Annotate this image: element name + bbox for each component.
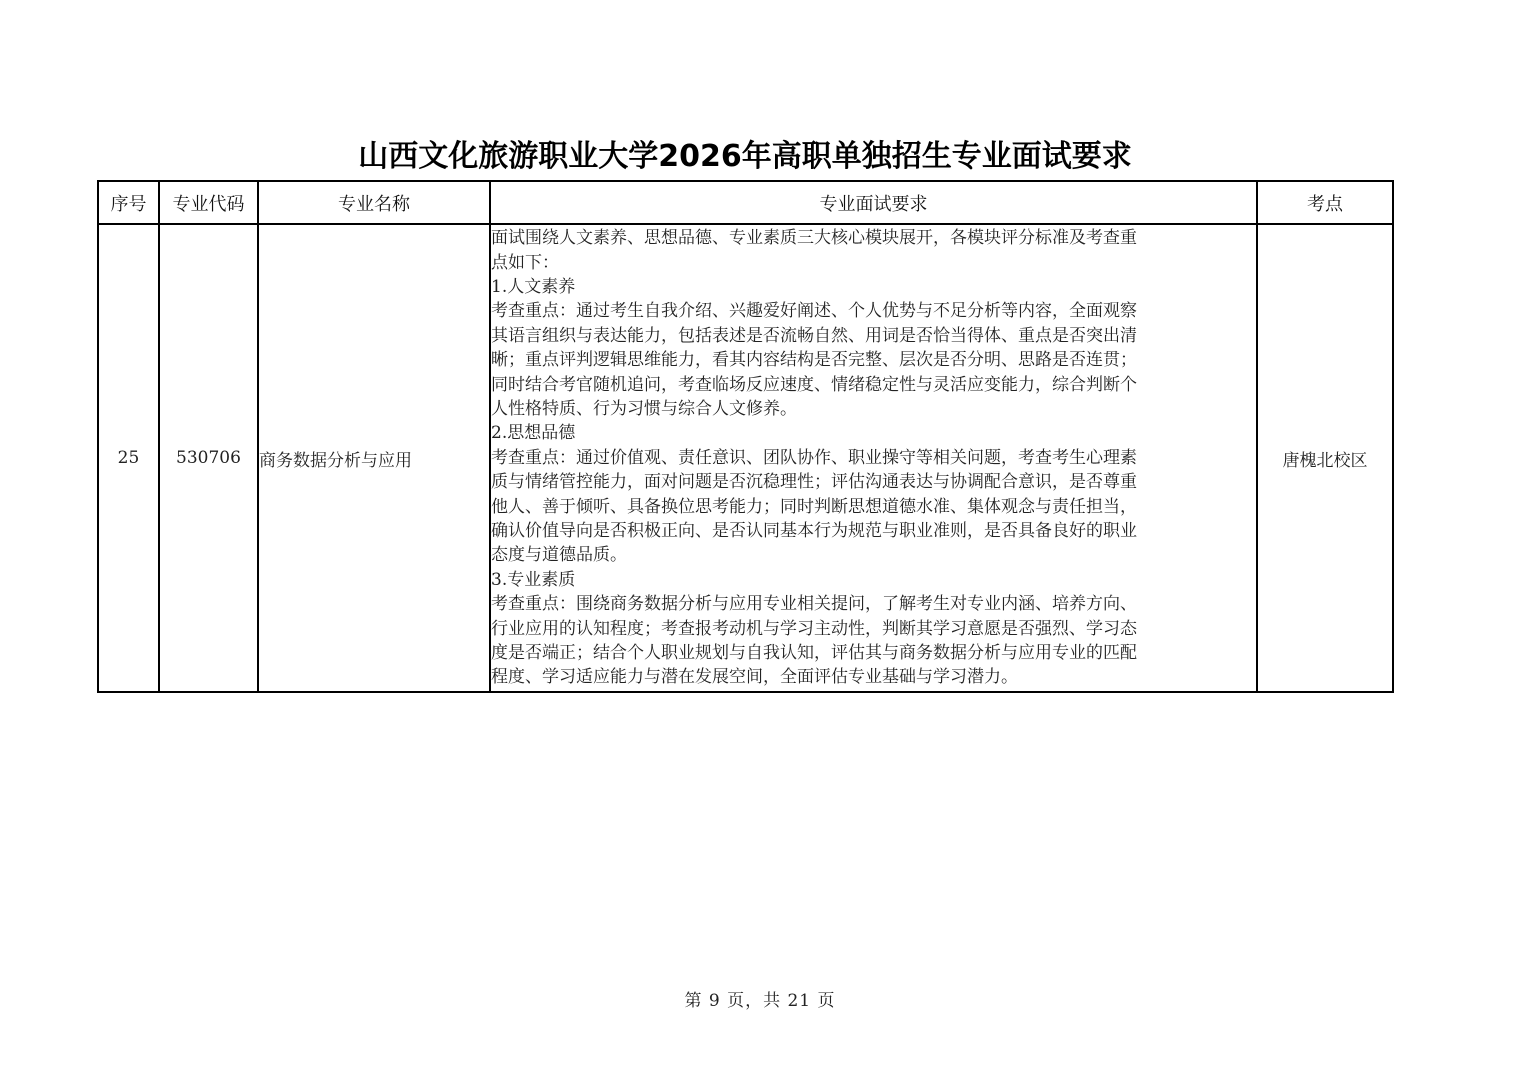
page-title: 山西文化旅游职业大学2026年高职单独招生专业面试要求 bbox=[0, 136, 1490, 178]
requirement-line: 质与情绪管控能力，面对问题是否沉稳理性；评估沟通表达与协调配合意识，是否尊重 bbox=[491, 470, 1256, 494]
requirement-line: 行业应用的认知程度；考查报考动机与学习主动性，判断其学习意愿是否强烈、学习态 bbox=[491, 617, 1256, 641]
header-major-name: 专业名称 bbox=[258, 181, 490, 224]
requirement-line: 度是否端正；结合个人职业规划与自我认知，评估其与商务数据分析与应用专业的匹配 bbox=[491, 641, 1256, 665]
row-major-code: 530706 bbox=[159, 224, 258, 692]
requirement-line: 点如下： bbox=[491, 251, 1256, 275]
row-major-name: 商务数据分析与应用 bbox=[258, 224, 490, 692]
requirement-line: 确认价值导向是否积极正向、是否认同基本行为规范与职业准则，是否具备良好的职业 bbox=[491, 519, 1256, 543]
requirement-line: 他人、善于倾听、具备换位思考能力；同时判断思想道德水准、集体观念与责任担当， bbox=[491, 495, 1256, 519]
requirement-line: 人性格特质、行为习惯与综合人文修养。 bbox=[491, 397, 1256, 421]
requirement-line: 考查重点：通过价值观、责任意识、团队协作、职业操守等相关问题，考查考生心理素 bbox=[491, 446, 1256, 470]
requirement-section-heading: 2.思想品德 bbox=[491, 421, 1256, 445]
requirement-line: 程度、学习适应能力与潜在发展空间，全面评估专业基础与学习潜力。 bbox=[491, 665, 1256, 689]
table-row: 25 530706 商务数据分析与应用 面试围绕人文素养、思想品德、专业素质三大… bbox=[98, 224, 1393, 692]
requirement-line: 其语言组织与表达能力，包括表述是否流畅自然、用词是否恰当得体、重点是否突出清 bbox=[491, 324, 1256, 348]
row-index: 25 bbox=[98, 224, 159, 692]
header-exam-location: 考点 bbox=[1257, 181, 1393, 224]
row-interview-requirement: 面试围绕人文素养、思想品德、专业素质三大核心模块展开，各模块评分标准及考查重 点… bbox=[490, 224, 1257, 692]
requirement-line: 晰；重点评判逻辑思维能力，看其内容结构是否完整、层次是否分明、思路是否连贯； bbox=[491, 348, 1256, 372]
header-major-code: 专业代码 bbox=[159, 181, 258, 224]
row-exam-location: 唐槐北校区 bbox=[1257, 224, 1393, 692]
requirement-line: 同时结合考官随机追问，考查临场反应速度、情绪稳定性与灵活应变能力，综合判断个 bbox=[491, 373, 1256, 397]
requirement-line: 考查重点：围绕商务数据分析与应用专业相关提问，了解考生对专业内涵、培养方向、 bbox=[491, 592, 1256, 616]
table-header-row: 序号 专业代码 专业名称 专业面试要求 考点 bbox=[98, 181, 1393, 224]
requirement-section-heading: 3.专业素质 bbox=[491, 568, 1256, 592]
requirement-line: 考查重点：通过考生自我介绍、兴趣爱好阐述、个人优势与不足分析等内容，全面观察 bbox=[491, 299, 1256, 323]
header-interview-requirement: 专业面试要求 bbox=[490, 181, 1257, 224]
requirement-line: 态度与道德品质。 bbox=[491, 543, 1256, 567]
requirement-section-heading: 1.人文素养 bbox=[491, 275, 1256, 299]
requirement-line: 面试围绕人文素养、思想品德、专业素质三大核心模块展开，各模块评分标准及考查重 bbox=[491, 226, 1256, 250]
header-index: 序号 bbox=[98, 181, 159, 224]
interview-requirements-table: 序号 专业代码 专业名称 专业面试要求 考点 25 530706 商务数据分析与… bbox=[97, 180, 1394, 693]
page-number-footer: 第 9 页，共 21 页 bbox=[0, 986, 1520, 1011]
